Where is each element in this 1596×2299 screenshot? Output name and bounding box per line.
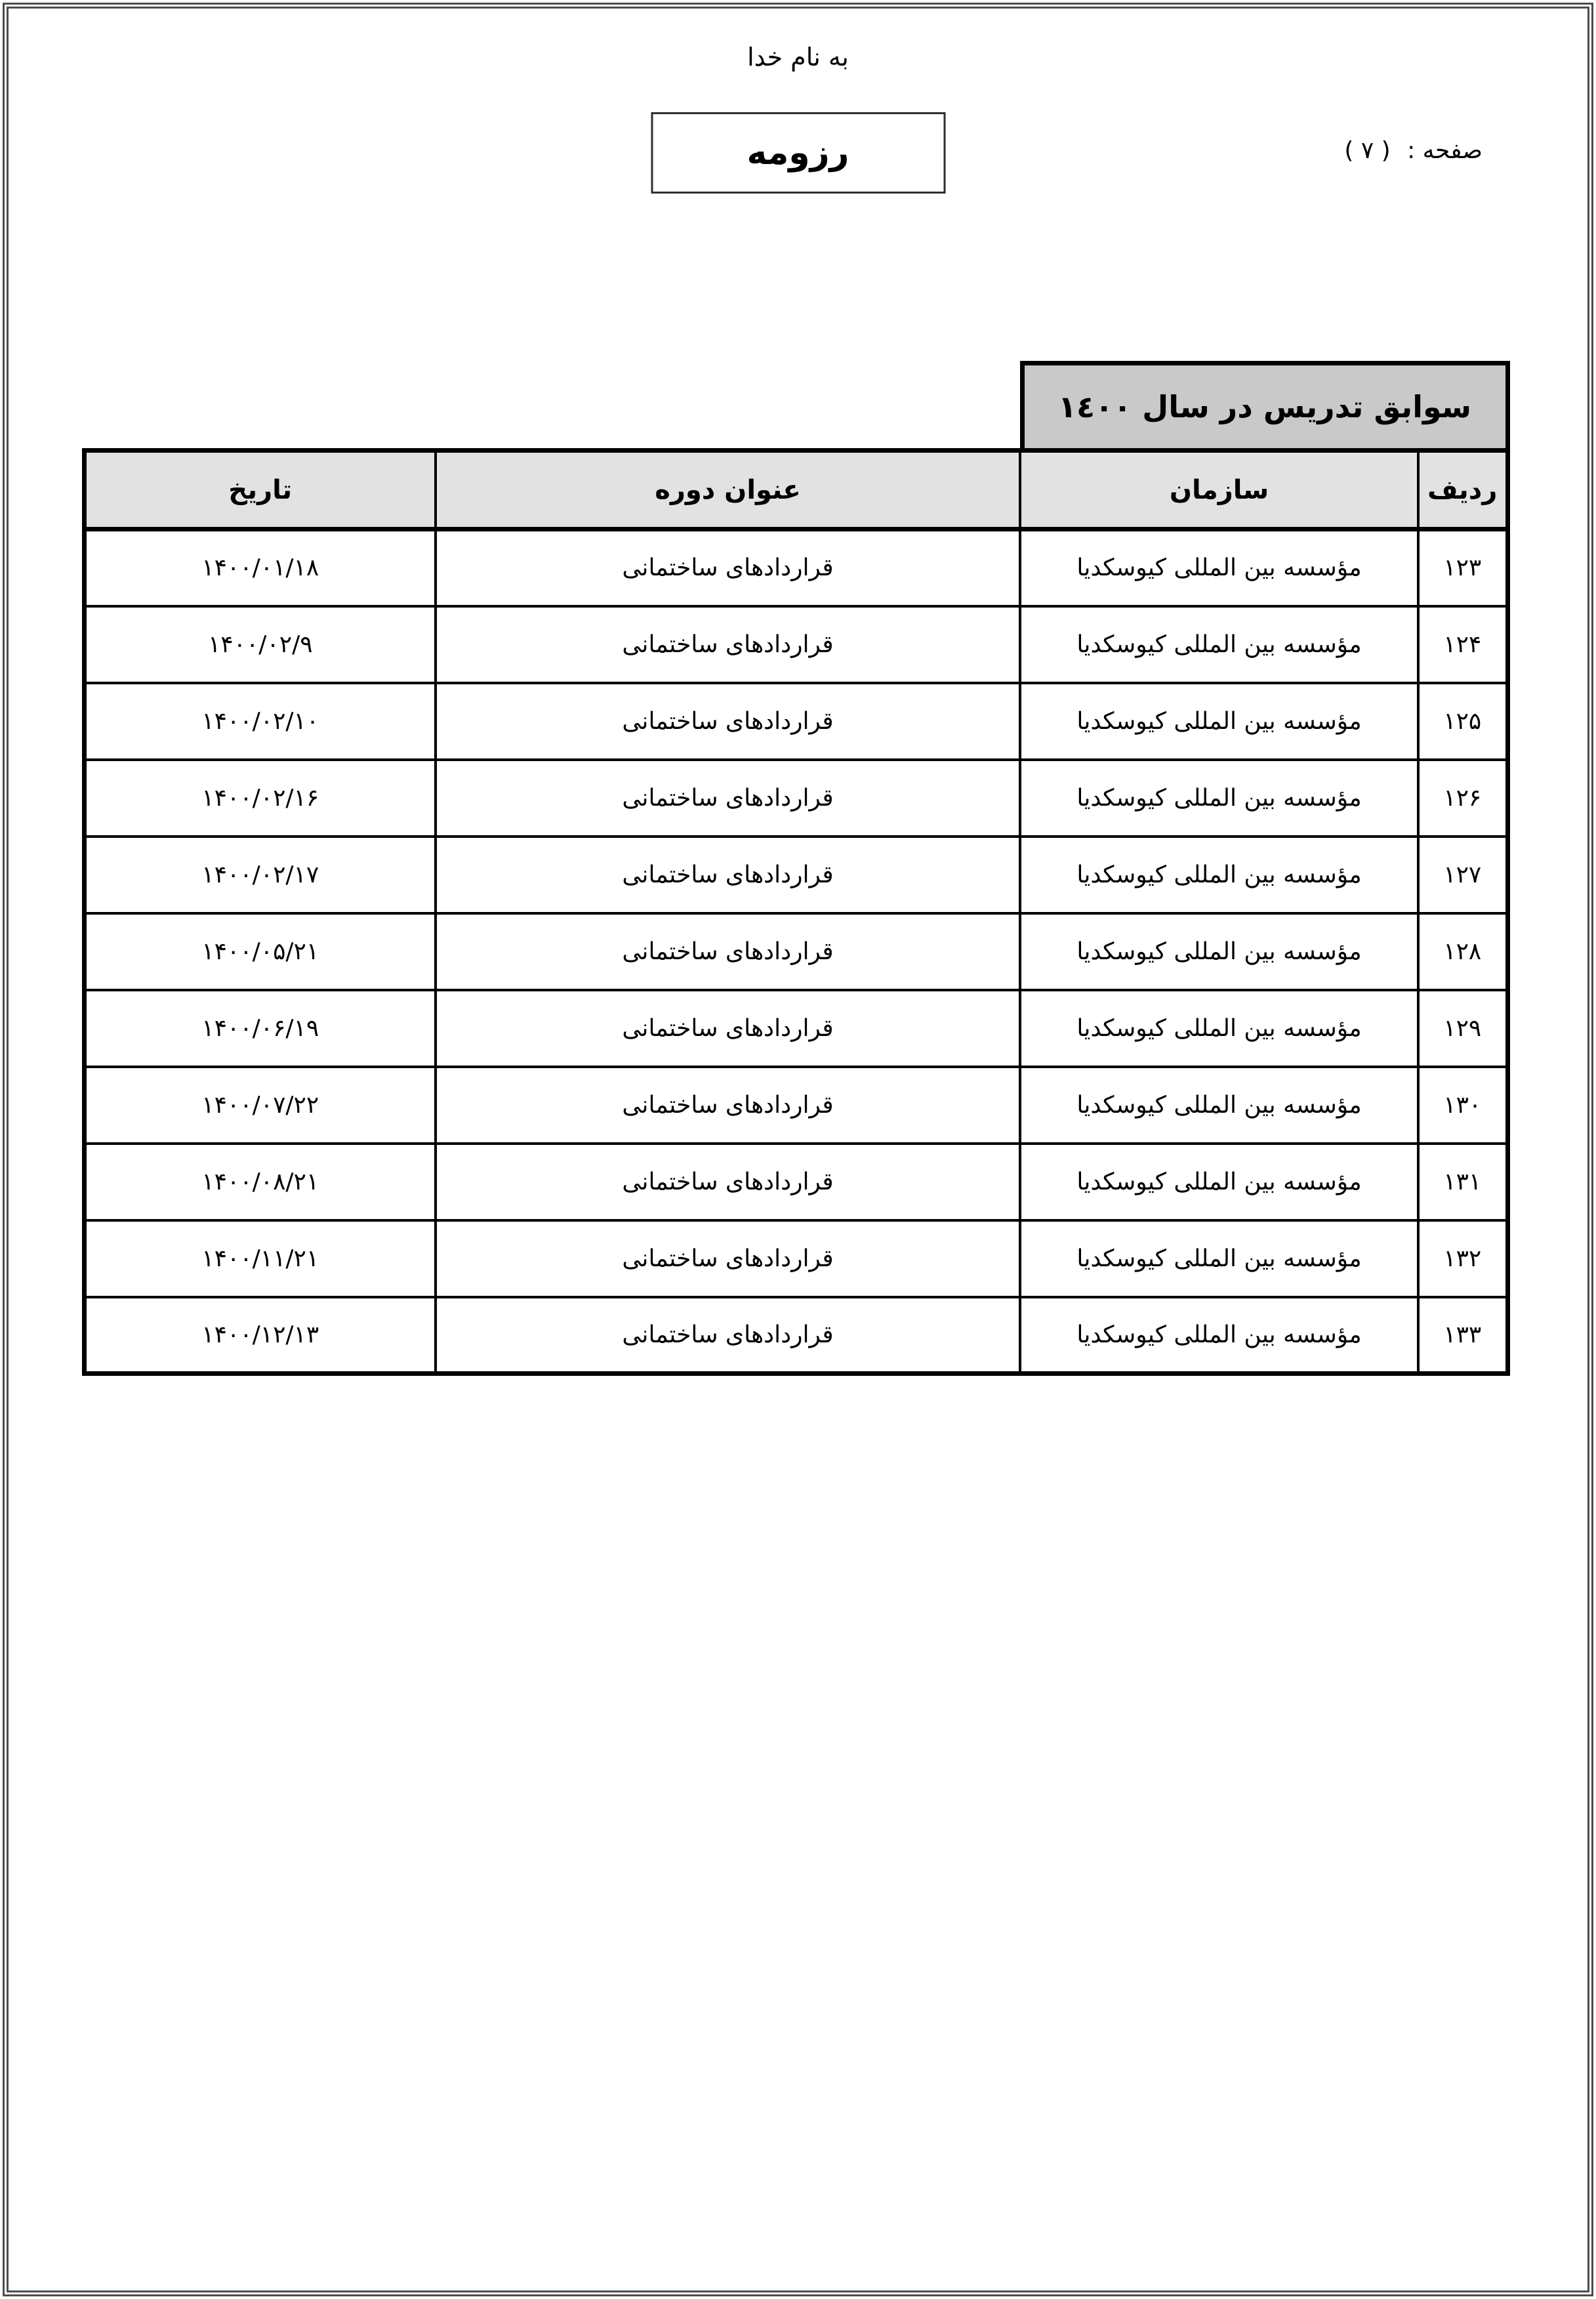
cell-organization: مؤسسه بین المللی کیوسکدیا bbox=[1020, 683, 1418, 760]
cell-row-number: ۱۳۱ bbox=[1418, 1144, 1507, 1220]
document-page: به نام خدا رزومه صفحه : ( ۷ ) سوابق تدری… bbox=[3, 3, 1593, 2296]
cell-row-number: ۱۳۰ bbox=[1418, 1067, 1507, 1144]
column-header-row-number: ردیف bbox=[1418, 451, 1507, 529]
teaching-records-table: ردیف سازمان عنوان دوره تاریخ ۱۲۳ مؤسسه ب… bbox=[82, 448, 1510, 1376]
table-body: ۱۲۳ مؤسسه بین المللی کیوسکدیا قراردادهای… bbox=[84, 529, 1507, 1374]
table-banner: سوابق تدریس در سال ۱٤۰۰ bbox=[1020, 361, 1510, 448]
cell-course-title: قراردادهای ساختمانی bbox=[436, 529, 1020, 606]
cell-organization: مؤسسه بین المللی کیوسکدیا bbox=[1020, 1144, 1418, 1220]
cell-row-number: ۱۳۲ bbox=[1418, 1220, 1507, 1297]
cell-date: ۱۴۰۰/۰۲/۱۰ bbox=[84, 683, 436, 760]
column-header-course-title: عنوان دوره bbox=[436, 451, 1020, 529]
cell-date: ۱۴۰۰/۰۶/۱۹ bbox=[84, 990, 436, 1067]
table-row: ۱۲۳ مؤسسه بین المللی کیوسکدیا قراردادهای… bbox=[84, 529, 1507, 606]
cell-date: ۱۴۰۰/۰۲/۹ bbox=[84, 606, 436, 683]
column-header-date: تاریخ bbox=[84, 451, 436, 529]
cell-row-number: ۱۳۳ bbox=[1418, 1297, 1507, 1374]
cell-course-title: قراردادهای ساختمانی bbox=[436, 913, 1020, 990]
table-header: ردیف سازمان عنوان دوره تاریخ bbox=[84, 451, 1507, 529]
cell-organization: مؤسسه بین المللی کیوسکدیا bbox=[1020, 1067, 1418, 1144]
table-row: ۱۳۰ مؤسسه بین المللی کیوسکدیا قراردادهای… bbox=[84, 1067, 1507, 1144]
cell-organization: مؤسسه بین المللی کیوسکدیا bbox=[1020, 529, 1418, 606]
cell-row-number: ۱۲۸ bbox=[1418, 913, 1507, 990]
cell-date: ۱۴۰۰/۰۲/۱۷ bbox=[84, 837, 436, 913]
table-row: ۱۲۹ مؤسسه بین المللی کیوسکدیا قراردادهای… bbox=[84, 990, 1507, 1067]
cell-organization: مؤسسه بین المللی کیوسکدیا bbox=[1020, 1220, 1418, 1297]
cell-organization: مؤسسه بین المللی کیوسکدیا bbox=[1020, 1297, 1418, 1374]
cell-course-title: قراردادهای ساختمانی bbox=[436, 760, 1020, 837]
cell-organization: مؤسسه بین المللی کیوسکدیا bbox=[1020, 837, 1418, 913]
cell-date: ۱۴۰۰/۰۱/۱۸ bbox=[84, 529, 436, 606]
cell-date: ۱۴۰۰/۰۵/۲۱ bbox=[84, 913, 436, 990]
cell-course-title: قراردادهای ساختمانی bbox=[436, 683, 1020, 760]
table-row: ۱۲۵ مؤسسه بین المللی کیوسکدیا قراردادهای… bbox=[84, 683, 1507, 760]
cell-course-title: قراردادهای ساختمانی bbox=[436, 837, 1020, 913]
cell-course-title: قراردادهای ساختمانی bbox=[436, 1297, 1020, 1374]
cell-organization: مؤسسه بین المللی کیوسکدیا bbox=[1020, 913, 1418, 990]
table-row: ۱۳۱ مؤسسه بین المللی کیوسکدیا قراردادهای… bbox=[84, 1144, 1507, 1220]
cell-organization: مؤسسه بین المللی کیوسکدیا bbox=[1020, 990, 1418, 1067]
cell-organization: مؤسسه بین المللی کیوسکدیا bbox=[1020, 760, 1418, 837]
cell-row-number: ۱۲۷ bbox=[1418, 837, 1507, 913]
table-row: ۱۲۷ مؤسسه بین المللی کیوسکدیا قراردادهای… bbox=[84, 837, 1507, 913]
cell-row-number: ۱۲۹ bbox=[1418, 990, 1507, 1067]
table-row: ۱۲۴ مؤسسه بین المللی کیوسکدیا قراردادهای… bbox=[84, 606, 1507, 683]
page-number-label: صفحه : bbox=[1407, 137, 1483, 164]
cell-date: ۱۴۰۰/۰۸/۲۱ bbox=[84, 1144, 436, 1220]
table-row: ۱۲۶ مؤسسه بین المللی کیوسکدیا قراردادهای… bbox=[84, 760, 1507, 837]
cell-course-title: قراردادهای ساختمانی bbox=[436, 1220, 1020, 1297]
resume-title-box: رزومه bbox=[651, 112, 945, 194]
cell-row-number: ۱۲۶ bbox=[1418, 760, 1507, 837]
cell-course-title: قراردادهای ساختمانی bbox=[436, 1067, 1020, 1144]
teaching-records-section: سوابق تدریس در سال ۱٤۰۰ ردیف سازمان عنوا… bbox=[87, 361, 1510, 1376]
table-row: ۱۳۲ مؤسسه بین المللی کیوسکدیا قراردادهای… bbox=[84, 1220, 1507, 1297]
cell-course-title: قراردادهای ساختمانی bbox=[436, 1144, 1020, 1220]
cell-row-number: ۱۲۵ bbox=[1418, 683, 1507, 760]
cell-date: ۱۴۰۰/۰۷/۲۲ bbox=[84, 1067, 436, 1144]
page-number: صفحه : ( ۷ ) bbox=[1344, 137, 1483, 164]
header-row: ردیف سازمان عنوان دوره تاریخ bbox=[84, 451, 1507, 529]
table-row: ۱۲۸ مؤسسه بین المللی کیوسکدیا قراردادهای… bbox=[84, 913, 1507, 990]
resume-title: رزومه bbox=[747, 133, 849, 173]
bismillah-text: به نام خدا bbox=[9, 43, 1587, 72]
column-header-organization: سازمان bbox=[1020, 451, 1418, 529]
cell-row-number: ۱۲۴ bbox=[1418, 606, 1507, 683]
cell-date: ۱۴۰۰/۱۱/۲۱ bbox=[84, 1220, 436, 1297]
page-number-value: ( ۷ ) bbox=[1344, 137, 1390, 164]
cell-row-number: ۱۲۳ bbox=[1418, 529, 1507, 606]
cell-course-title: قراردادهای ساختمانی bbox=[436, 606, 1020, 683]
cell-course-title: قراردادهای ساختمانی bbox=[436, 990, 1020, 1067]
cell-organization: مؤسسه بین المللی کیوسکدیا bbox=[1020, 606, 1418, 683]
cell-date: ۱۴۰۰/۱۲/۱۳ bbox=[84, 1297, 436, 1374]
cell-date: ۱۴۰۰/۰۲/۱۶ bbox=[84, 760, 436, 837]
table-row: ۱۳۳ مؤسسه بین المللی کیوسکدیا قراردادهای… bbox=[84, 1297, 1507, 1374]
